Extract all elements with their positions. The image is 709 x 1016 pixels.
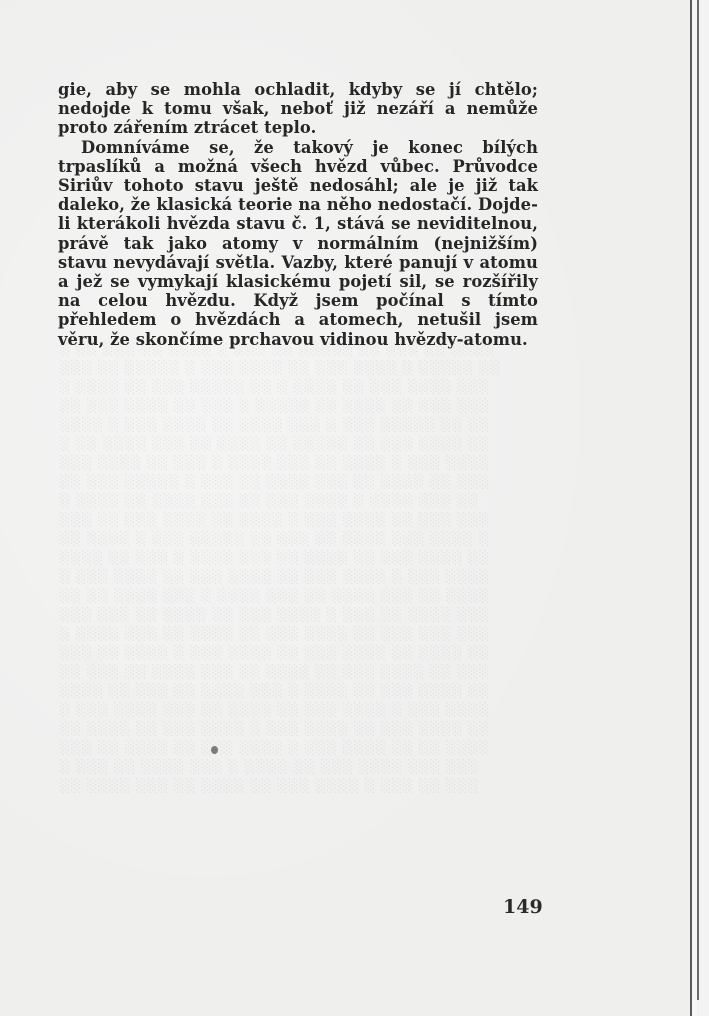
book-page: ░ ░░ ░░░ ░░ ░░░░ ░ ░░░ ░░ ░░░░░ ░░ ░░░ ░… bbox=[0, 0, 690, 1016]
paragraph-continuation: gie, aby se mohla ochladit, kdyby se jí … bbox=[58, 80, 538, 138]
adjacent-page-strip bbox=[699, 0, 709, 1016]
reverse-side-show-through: ░ ░░ ░░░ ░░ ░░░░ ░ ░░░ ░░ ░░░░░ ░░ ░░░ ░… bbox=[60, 340, 620, 810]
page-number: 149 bbox=[503, 896, 543, 918]
ink-speck bbox=[211, 746, 218, 754]
paragraph-white-dwarfs: Domníváme se, že takový je konec bílých … bbox=[58, 138, 538, 349]
body-text: gie, aby se mohla ochladit, kdyby se jí … bbox=[58, 80, 538, 349]
